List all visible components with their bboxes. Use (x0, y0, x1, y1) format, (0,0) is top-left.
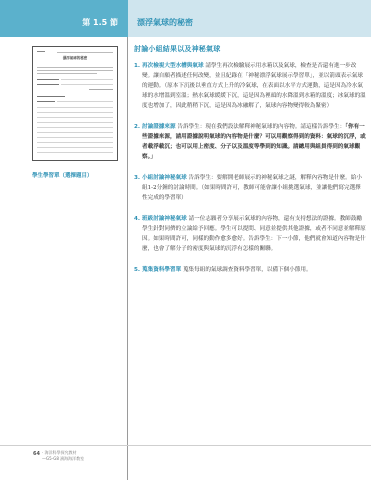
thumb-answer-line (37, 152, 113, 153)
thumb-answer-line (37, 147, 113, 148)
step-number: 1. (134, 61, 140, 71)
step-keyword: 蒐集資料學習單 (142, 267, 181, 273)
header-title-band: 漂浮氣球的秘密 (128, 0, 371, 37)
thumb-answer-line (37, 107, 113, 108)
step-keyword: 討論證據來源 (142, 124, 176, 130)
thumb-text-line (37, 70, 113, 71)
step-text: 告訴學生：現在我們設法解釋神秘氣球的內容物。請這樣告訴學生： (177, 124, 345, 130)
page-number: 64 (33, 451, 40, 457)
thumb-answer-line (37, 142, 113, 143)
header-section-band: 第 1.5 節 (0, 0, 128, 37)
step-keyword: 再次檢視大型水槽與氣球 (142, 63, 204, 69)
thumb-field-line (61, 84, 113, 85)
section-label: 第 1.5 節 (82, 17, 118, 28)
worksheet-thumbnail: 漂浮氣球的秘密 (32, 46, 118, 161)
step-number: 4. (134, 214, 140, 224)
thumb-answer-line (37, 132, 113, 133)
thumb-title: 漂浮氣球的秘密 (33, 56, 117, 61)
footer-divider (0, 445, 371, 446)
thumb-answer-line (37, 137, 113, 138)
step-keyword: 班級討論神秘氣球 (142, 216, 187, 222)
step-number: 2. (134, 122, 140, 132)
thumb-note (89, 89, 113, 90)
thumb-field-label (37, 101, 55, 102)
thumb-field-label (37, 84, 59, 85)
step-number: 3. (134, 173, 140, 183)
step-text: 請學生再次檢驗展示用水箱以及氣球，檢查是否還有進一步改變。讓自願者描述任何改變，… (142, 63, 366, 109)
thumb-answer-line (37, 112, 113, 113)
step-item-1: 1. 再次檢視大型水槽與氣球 請學生再次檢驗展示用水箱以及氣球，檢查是否還有進一… (134, 61, 366, 111)
thumb-field-label (37, 79, 59, 80)
content-heading: 討論小組結果以及神秘氣球 (134, 44, 366, 54)
column-divider (127, 37, 128, 480)
step-keyword: 小組討論神秘氣球 (142, 175, 187, 181)
thumb-field-line (61, 79, 113, 80)
step-item-5: 5. 蒐集資料學習單 蒐集每組的氣球調查資料學習單，以備下個小節用。 (134, 265, 366, 275)
thumb-field-line (57, 101, 113, 102)
step-item-3: 3. 小組討論神秘氣球 告訴學生：要解開老師展示的神秘氣球之謎，解釋內容物是什麼… (134, 173, 366, 203)
section-title: 漂浮氣球的秘密 (137, 17, 193, 28)
step-item-4: 4. 班級討論神秘氣球 請一位志願者分享展示氣球的內容物，還有支持想法的證據。教… (134, 214, 366, 254)
book-title: ‧ 海洋科學探究教材 —G5-G8 濱海海洋教室 (42, 450, 84, 462)
thumb-field-label (37, 96, 65, 97)
step-number: 5. (134, 265, 140, 275)
step-text: 蒐集每組的氣球調查資料學習單，以備下個小節用。 (183, 267, 312, 273)
book-title-line-2: —G5-G8 濱海海洋教室 (42, 456, 84, 462)
thumb-name-line (57, 52, 113, 53)
thumb-answer-line (37, 117, 113, 118)
thumb-answer-line (37, 127, 113, 128)
main-content: 討論小組結果以及神秘氣球 1. 再次檢視大型水槽與氣球 請學生再次檢驗展示用水箱… (134, 44, 366, 286)
thumb-text-line (37, 73, 97, 74)
step-item-2: 2. 討論證據來源 告訴學生：現在我們設法解釋神秘氣球的內容物。請這樣告訴學生：… (134, 122, 366, 162)
thumb-text-line (37, 67, 113, 68)
thumb-name-label (37, 51, 45, 52)
thumb-answer-line (37, 122, 113, 123)
thumbnail-caption: 學生學習單（選擇題目） (32, 171, 93, 179)
